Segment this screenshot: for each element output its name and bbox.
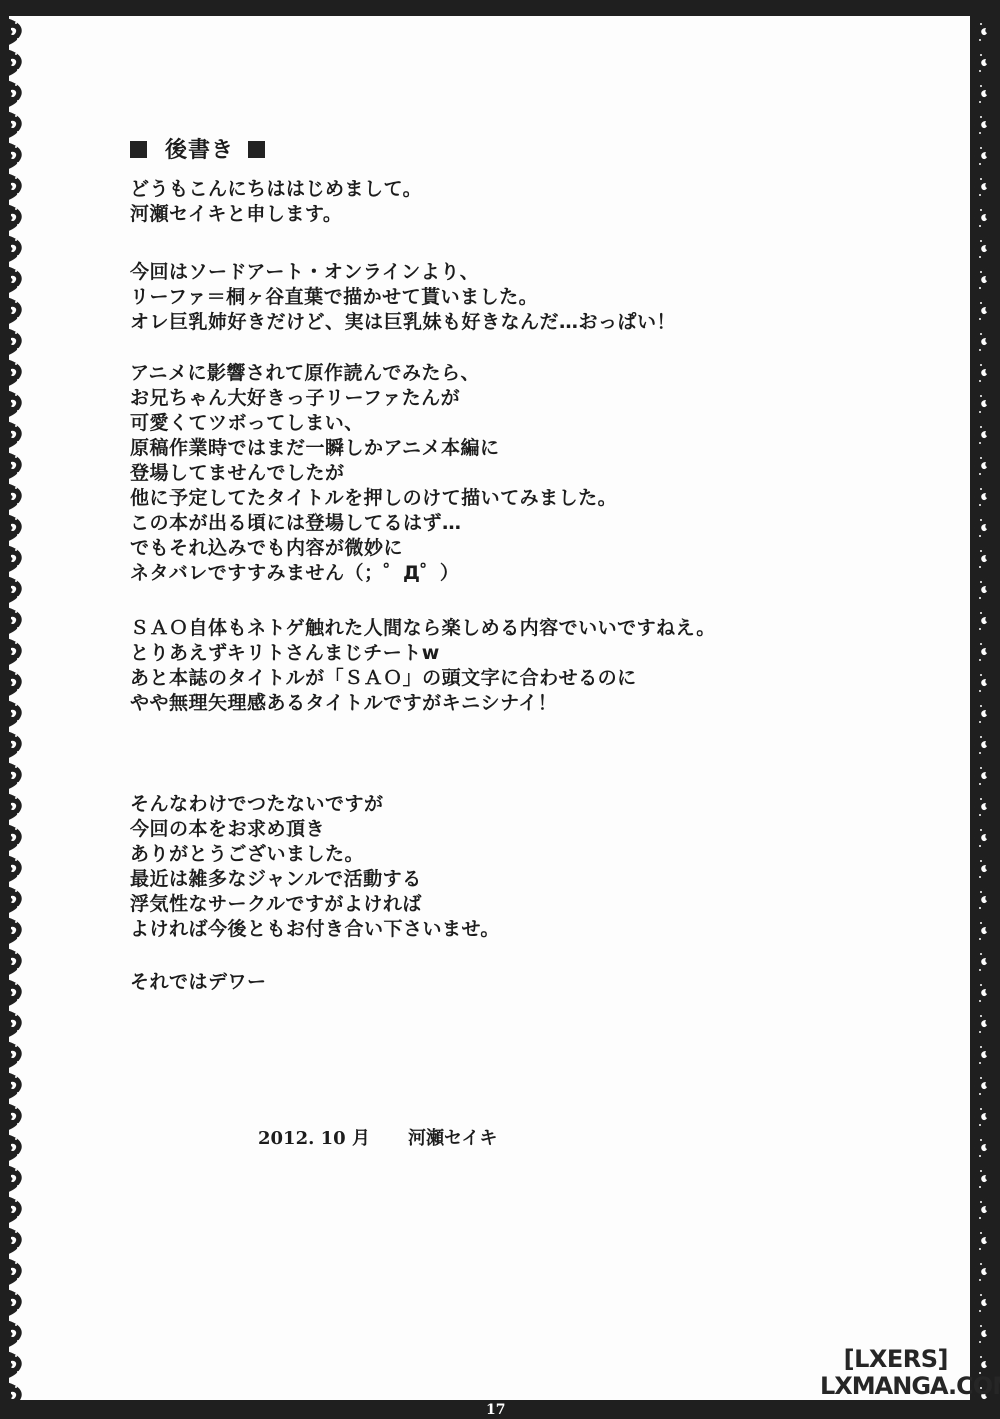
text-line: でもそれ込みでも内容が微妙に [130,536,617,561]
text-line: この本が出る頃には登場してるはず… [130,511,617,536]
text-line: 今回はソードアート・オンラインより、 [130,260,676,285]
text-line: ありがとうございました。 [130,842,500,867]
watermark-line-2: LXMANGA.COM [820,1373,960,1400]
text-line: 最近は雑多なジャンルで活動する [130,867,500,892]
afterword-heading: 後書き [130,133,265,164]
text-line: それではデワー [130,970,267,995]
text-line: 可愛くてツボってしまい、 [130,411,617,436]
text-line: アニメに影響されて原作読んでみたら、 [130,361,617,386]
paragraph-subject: 今回はソードアート・オンラインより、 リーファ＝桐ヶ谷直葉で描かせて貰いました。… [130,260,676,335]
text-line: お兄ちゃん大好きっ子リーファたんが [130,386,617,411]
signature: 2012. 10 月河瀬セイキ [258,1124,497,1150]
text-line: やや無理矢理感あるタイトルですがキニシナイ！ [130,691,716,716]
text-line: リーファ＝桐ヶ谷直葉で描かせて貰いました。 [130,285,676,310]
text-line: よければ今後ともお付き合い下さいませ。 [130,917,500,942]
paragraph-sao: ＳＡＯ自体もネトゲ触れた人間なら楽しめる内容でいいですねえ。 とりあえずキリトさ… [130,616,716,716]
signature-author: 河瀬セイキ [408,1128,497,1149]
square-bullet-icon [130,141,147,158]
text-line: とりあえずキリトさんまじチートw [130,641,716,666]
page-number: 17 [486,1402,505,1418]
text-line: ネタバレですすみません（；゜Д゜） [130,561,617,586]
watermark-line-1: [LXERS] [820,1346,948,1373]
text-line: オレ巨乳姉好きだけど、実は巨乳妹も好きなんだ…おっぱい！ [130,310,676,335]
paragraph-motivation: アニメに影響されて原作読んでみたら、 お兄ちゃん大好きっ子リーファたんが 可愛く… [130,361,617,586]
top-border [0,0,1000,16]
text-line: ＳＡＯ自体もネトゲ触れた人間なら楽しめる内容でいいですねえ。 [130,616,716,641]
watermark: [LXERS] LXMANGA.COM [820,1346,960,1400]
heading-text: 後書き [165,138,234,163]
text-line: そんなわけでつたないですが [130,792,500,817]
text-line: 今回の本をお求め頂き [130,817,500,842]
text-line: 河瀬セイキと申します。 [130,202,422,227]
text-line: どうもこんにちははじめまして。 [130,177,422,202]
text-line: 登場してませんでしたが [130,461,617,486]
lace-border-left-icon [0,16,26,1400]
text-line: 他に予定してたタイトルを押しのけて描いてみました。 [130,486,617,511]
lace-border-right-icon [966,16,1000,1400]
text-line: あと本誌のタイトルが「ＳＡＯ」の頭文字に合わせるのに [130,666,716,691]
paragraph-farewell: それではデワー [130,970,267,995]
paragraph-thanks: そんなわけでつたないですが 今回の本をお求め頂き ありがとうございました。 最近… [130,792,500,942]
paragraph-greeting: どうもこんにちははじめまして。 河瀬セイキと申します。 [130,177,422,227]
text-line: 原稿作業時ではまだ一瞬しかアニメ本編に [130,436,617,461]
text-line: 浮気性なサークルですがよければ [130,892,500,917]
square-bullet-icon [248,141,265,158]
signature-date: 2012. 10 月 [258,1128,370,1149]
